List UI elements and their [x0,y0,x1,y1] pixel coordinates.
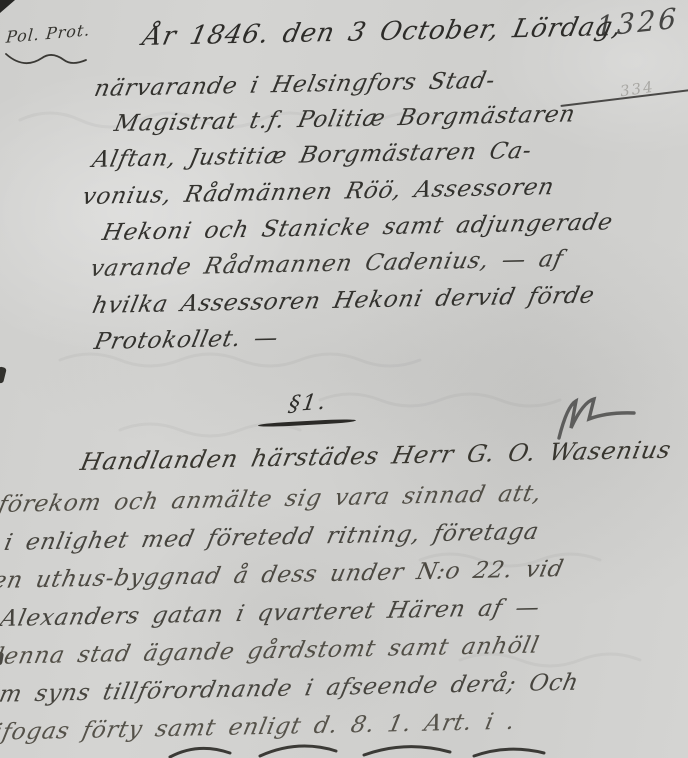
margin-note-flourish [4,46,90,68]
manuscript-page: Pol. Prot. 1326 334 År 1846. den 3 Octob… [0,0,688,758]
section-heading: §1. [287,390,329,418]
corner-shadow [0,0,15,13]
manuscript-line: Protokollet. — [92,325,281,355]
cutoff-line-fragment [168,744,548,758]
